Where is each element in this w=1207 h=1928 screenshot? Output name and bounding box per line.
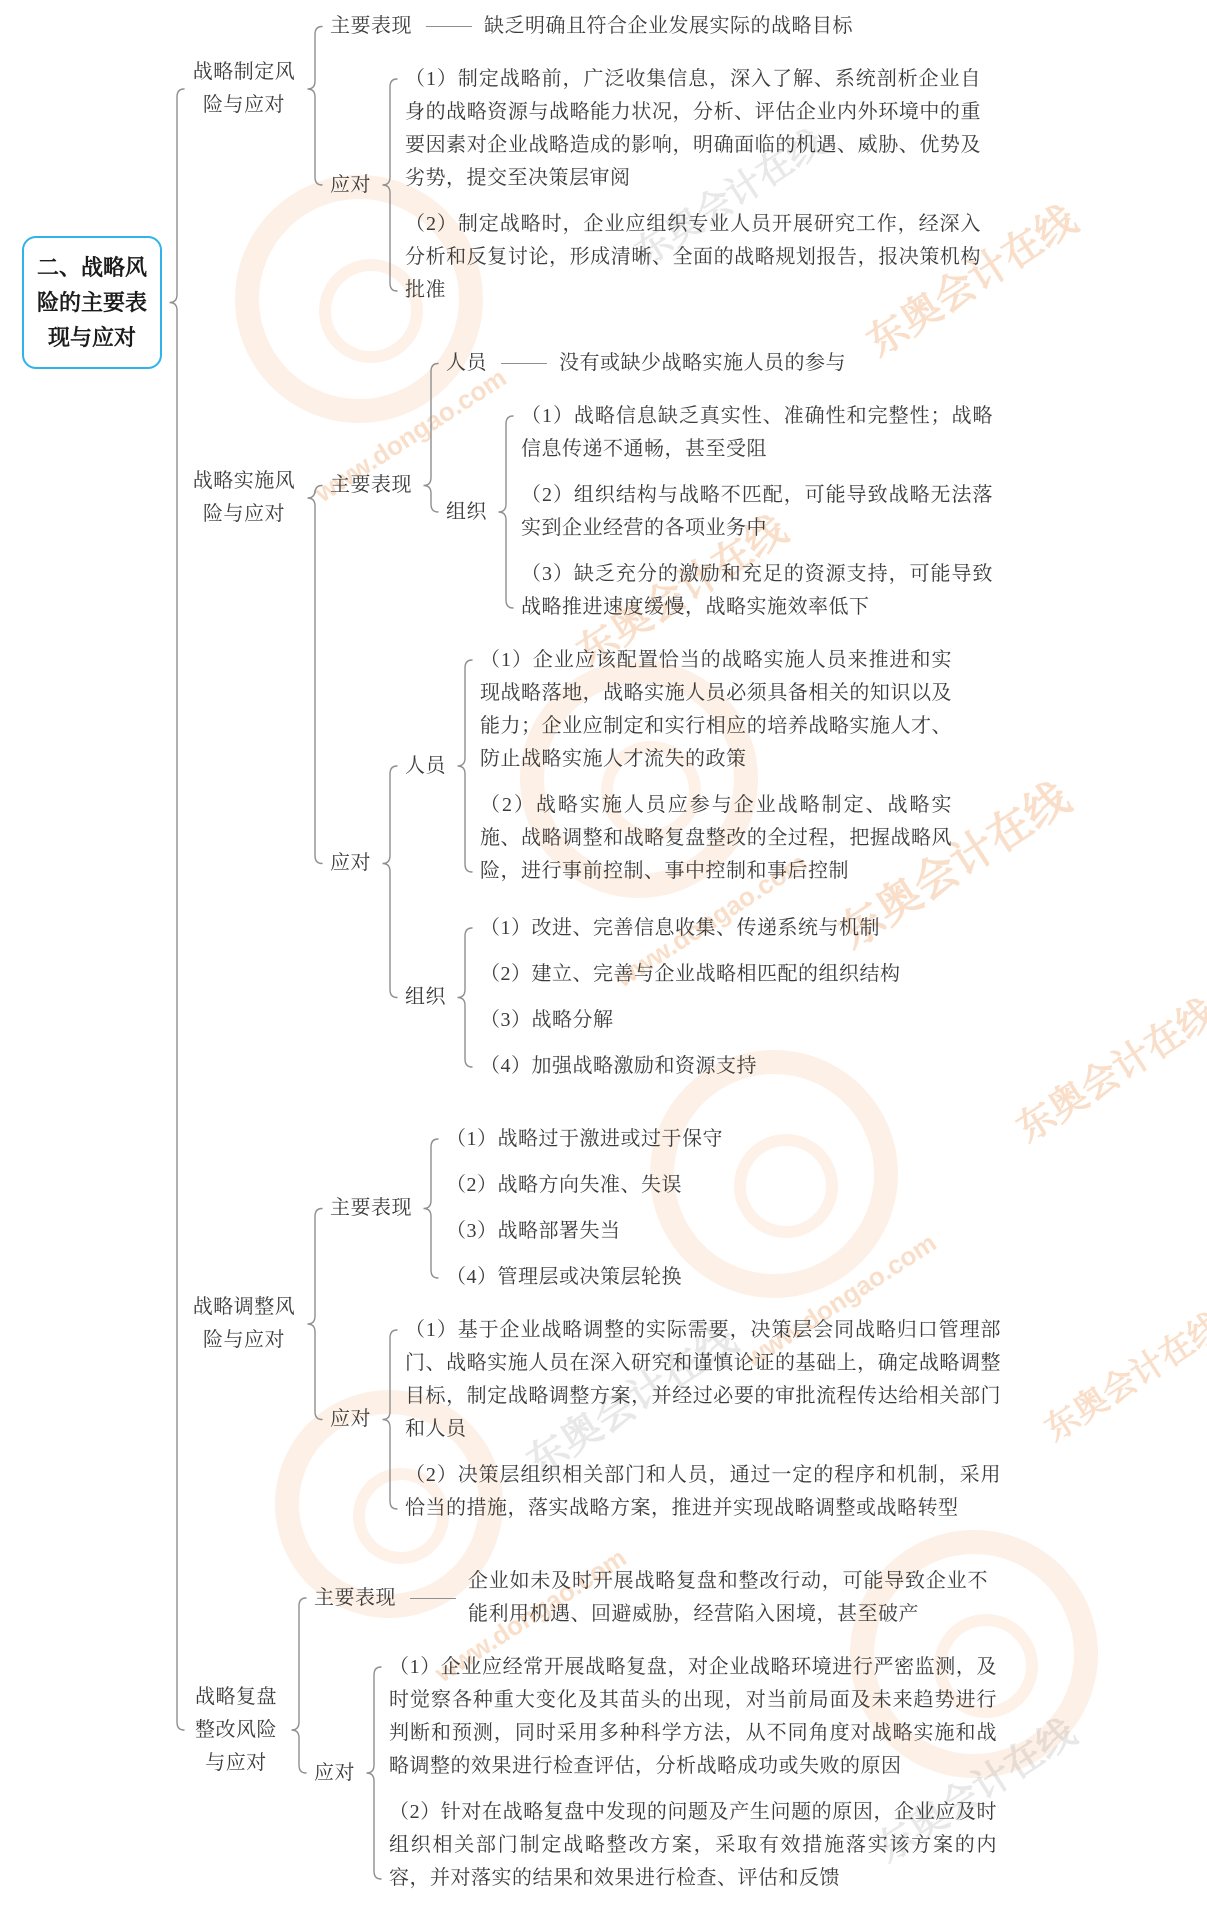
item-list: （1）企业应该配置恰当的战略实施人员来推进和实现战略落地，战略实施人员必须具备相…: [480, 644, 952, 888]
branch-sections: 主要表现 企业如未及时开展战略复盘和整改行动，可能导致企业不能利用机遇、回避威胁…: [314, 1565, 997, 1895]
sub-groups: 人员 没有或缺少战略实施人员的参与 组织 （1）战略信息缺乏真实性、准确性和完整…: [446, 347, 993, 624]
item-paragraph: （2）决策层组织相关部门和人员，通过一定的程序和机制，采用恰当的措施，落实战略方…: [405, 1459, 1001, 1525]
section-label: 应对: [314, 1757, 355, 1790]
branch-label: 战略调整风险与应对: [192, 1291, 296, 1357]
branch-sections: 主要表现 缺乏明确且符合企业发展实际的战略目标 应对 （1）制定战略前，广泛收集…: [330, 10, 981, 307]
item-list: （1）制定战略前，广泛收集信息，深入了解、系统剖析企业自身的战略资源与战略能力状…: [405, 63, 981, 307]
group-label: 人员: [405, 750, 446, 783]
item-paragraph: （1）战略过于激进或过于保守: [446, 1123, 723, 1156]
branch-strategy-review: 战略复盘整改风险与应对 主要表现 企业如未及时开展战略复盘和整改行动，可能导致企…: [192, 1565, 1001, 1895]
item-paragraph: （3）缺乏充分的激励和充足的资源支持，可能导致战略推进速度缓慢，战略实施效率低下: [521, 558, 993, 624]
brace-connector: [381, 1314, 399, 1525]
item-paragraph: （4）加强战略激励和资源支持: [480, 1050, 901, 1083]
brace-connector: [456, 912, 474, 1083]
item-paragraph: （1）改进、完善信息收集、传递系统与机制: [480, 912, 901, 945]
item-paragraph: 缺乏明确且符合企业发展实际的战略目标: [484, 10, 853, 43]
branch-strategy-formulation: 战略制定风险与应对 主要表现 缺乏明确且符合企业发展实际的战略目标 应对: [192, 10, 1001, 307]
section-label: 主要表现: [314, 1582, 396, 1615]
branch-label: 战略制定风险与应对: [192, 56, 296, 122]
brace-connector: [422, 1123, 440, 1294]
item-paragraph: （1）制定战略前，广泛收集信息，深入了解、系统剖析企业自身的战略资源与战略能力状…: [405, 63, 981, 195]
section-label: 应对: [330, 169, 371, 202]
brace-connector: [456, 644, 474, 888]
item-paragraph: （2）战略实施人员应参与企业战略制定、战略实施、战略调整和战略复盘整改的全过程，…: [480, 789, 952, 888]
item-paragraph: （3）战略部署失当: [446, 1215, 723, 1248]
section-label: 应对: [330, 1403, 371, 1436]
group-organization: 组织 （1）战略信息缺乏真实性、准确性和完整性；战略信息传递不通畅，甚至受阻 （…: [446, 400, 993, 624]
item-list: （1）改进、完善信息收集、传递系统与机制 （2）建立、完善与企业战略相匹配的组织…: [480, 912, 901, 1083]
section-response: 应对 （1）制定战略前，广泛收集信息，深入了解、系统剖析企业自身的战略资源与战略…: [330, 63, 981, 307]
item-list: （1）战略信息缺乏真实性、准确性和完整性；战略信息传递不通畅，甚至受阻 （2）组…: [521, 400, 993, 624]
group-organization: 组织 （1）改进、完善信息收集、传递系统与机制 （2）建立、完善与企业战略相匹配…: [405, 912, 952, 1083]
mindmap-canvas: www.dongao.com 东奥会计在线 东奥会计在线 东奥会计在线 www.…: [0, 0, 1207, 1928]
section-label: 主要表现: [330, 10, 412, 43]
item-paragraph: （3）战略分解: [480, 1004, 901, 1037]
brace-connector: [290, 1565, 308, 1895]
item-paragraph: （2）战略方向失准、失误: [446, 1169, 723, 1202]
branch-sections: 主要表现 人员 没有或缺少战略实施人员的参与 组织: [330, 347, 993, 1083]
section-response: 应对 （1）基于企业战略调整的实际需要，决策层会同战略归口管理部门、战略实施人员…: [330, 1314, 1001, 1525]
group-personnel: 人员 （1）企业应该配置恰当的战略实施人员来推进和实现战略落地，战略实施人员必须…: [405, 644, 952, 888]
item-paragraph: （2）制定战略时，企业应组织专业人员开展研究工作，经深入分析和反复讨论，形成清晰…: [405, 208, 981, 307]
branch-strategy-adjustment: 战略调整风险与应对 主要表现 （1）战略过于激进或过于保守 （2）战略方向失准、…: [192, 1123, 1001, 1525]
brace-connector: [365, 1651, 383, 1895]
branch-strategy-implementation: 战略实施风险与应对 主要表现 人员 没有或缺少战略实施人员的参与: [192, 347, 1001, 1083]
group-label: 人员: [446, 347, 487, 380]
root-row: 二、战略风险的主要表现与应对 战略制定风险与应对 主要表现 缺乏明确且符合企业发…: [22, 10, 1207, 1895]
section-main-performance: 主要表现 缺乏明确且符合企业发展实际的战略目标: [330, 10, 981, 43]
brace-connector: [381, 63, 399, 307]
branch-sections: 主要表现 （1）战略过于激进或过于保守 （2）战略方向失准、失误 （3）战略部署…: [330, 1123, 1001, 1525]
section-main-performance: 主要表现 企业如未及时开展战略复盘和整改行动，可能导致企业不能利用机遇、回避威胁…: [314, 1565, 997, 1631]
section-main-performance: 主要表现 （1）战略过于激进或过于保守 （2）战略方向失准、失误 （3）战略部署…: [330, 1123, 1001, 1294]
group-label: 组织: [446, 496, 487, 529]
dash-connector: [501, 363, 547, 364]
item-paragraph: （2）建立、完善与企业战略相匹配的组织结构: [480, 958, 901, 991]
item-paragraph: （1）战略信息缺乏真实性、准确性和完整性；战略信息传递不通畅，甚至受阻: [521, 400, 993, 466]
section-label: 应对: [330, 847, 371, 880]
item-paragraph: （4）管理层或决策层轮换: [446, 1261, 723, 1294]
dash-connector: [410, 1598, 456, 1599]
item-list: （1）战略过于激进或过于保守 （2）战略方向失准、失误 （3）战略部署失当 （4…: [446, 1123, 723, 1294]
section-response: 应对 人员 （1）企业应该配置恰当的战略实施人员来推进和实现战略落地，战略实施人…: [330, 644, 993, 1083]
item-list: （1）企业应经常开展战略复盘，对企业战略环境进行严密监测，及时觉察各种重大变化及…: [389, 1651, 997, 1895]
item-paragraph: （1）基于企业战略调整的实际需要，决策层会同战略归口管理部门、战略实施人员在深入…: [405, 1314, 1001, 1446]
branch-label: 战略实施风险与应对: [192, 465, 296, 531]
branches-column: 战略制定风险与应对 主要表现 缺乏明确且符合企业发展实际的战略目标 应对: [192, 10, 1001, 1895]
section-main-performance: 主要表现 人员 没有或缺少战略实施人员的参与 组织: [330, 347, 993, 624]
item-paragraph: （1）企业应该配置恰当的战略实施人员来推进和实现战略落地，战略实施人员必须具备相…: [480, 644, 952, 776]
group-label: 组织: [405, 981, 446, 1014]
item-paragraph: （1）企业应经常开展战略复盘，对企业战略环境进行严密监测，及时觉察各种重大变化及…: [389, 1651, 997, 1783]
brace-connector: [306, 1123, 324, 1525]
item-paragraph: （2）针对在战略复盘中发现的问题及产生问题的原因，企业应及时组织相关部门制定战略…: [389, 1796, 997, 1895]
item-paragraph: 企业如未及时开展战略复盘和整改行动，可能导致企业不能利用机遇、回避威胁，经营陷入…: [468, 1565, 988, 1631]
brace-connector: [168, 10, 186, 1895]
brace-connector: [381, 644, 399, 1083]
branch-label: 战略复盘整改风险与应对: [192, 1681, 280, 1780]
brace-connector: [306, 347, 324, 1083]
item-list: （1）基于企业战略调整的实际需要，决策层会同战略归口管理部门、战略实施人员在深入…: [405, 1314, 1001, 1525]
sub-groups: 人员 （1）企业应该配置恰当的战略实施人员来推进和实现战略落地，战略实施人员必须…: [405, 644, 952, 1083]
brace-connector: [306, 10, 324, 307]
section-label: 主要表现: [330, 1192, 412, 1225]
section-label: 主要表现: [330, 469, 412, 502]
item-paragraph: （2）组织结构与战略不匹配，可能导致战略无法落实到企业经营的各项业务中: [521, 479, 993, 545]
root-node: 二、战略风险的主要表现与应对: [22, 236, 162, 369]
mindmap-tree: 二、战略风险的主要表现与应对 战略制定风险与应对 主要表现 缺乏明确且符合企业发…: [0, 0, 1207, 1895]
group-personnel: 人员 没有或缺少战略实施人员的参与: [446, 347, 993, 380]
dash-connector: [426, 26, 472, 27]
brace-connector: [497, 400, 515, 624]
section-response: 应对 （1）企业应经常开展战略复盘，对企业战略环境进行严密监测，及时觉察各种重大…: [314, 1651, 997, 1895]
item-paragraph: 没有或缺少战略实施人员的参与: [559, 347, 846, 380]
brace-connector: [422, 347, 440, 624]
